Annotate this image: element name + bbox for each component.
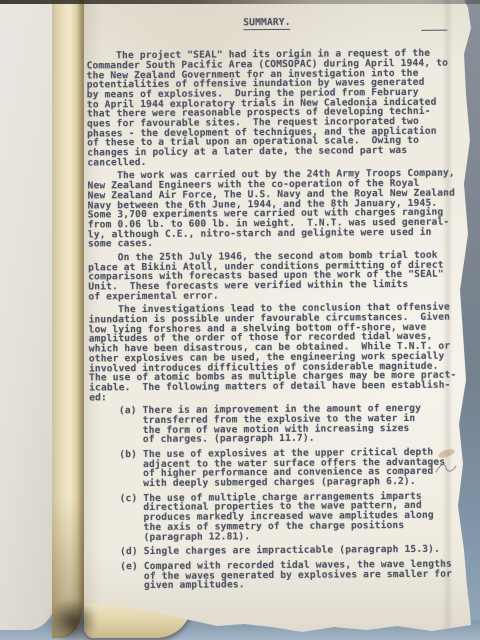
- document-title-text: SUMMARY.: [243, 18, 291, 30]
- pencil-annotation: [434, 460, 458, 476]
- paragraph: On the 25th July 1946, the second atom b…: [88, 250, 472, 301]
- typewritten-text: SUMMARY. The project "SEAL" had its orig…: [86, 0, 475, 596]
- corner-shadow: [40, 588, 100, 640]
- photo-top-edge: [0, 0, 480, 4]
- underlying-page: [0, 0, 58, 630]
- list-item-b: (b) The use of explosives at the upper c…: [90, 447, 474, 489]
- paragraph: The project "SEAL" had its origin in a r…: [86, 49, 471, 168]
- text-line: with deeply submerged charges (paragraph…: [90, 477, 474, 490]
- document-page: SUMMARY. The project "SEAL" had its orig…: [72, 0, 476, 640]
- title-double-underline: [421, 29, 447, 31]
- paragraph: The investigations lead to the conclusio…: [88, 303, 473, 403]
- text-line: of experimental error.: [88, 289, 472, 302]
- list-item-d: (d) Single charges are impracticable (pa…: [90, 545, 474, 558]
- document-title: SUMMARY.: [243, 16, 470, 32]
- text-line: (d) Single charges are impracticable (pa…: [90, 545, 474, 558]
- list-item-c: (c) The use of multiple charge arrangeme…: [90, 491, 474, 542]
- book-page-edges: [52, 0, 84, 638]
- list-item-a: (a) There is an improvement in the amoun…: [89, 404, 473, 446]
- text-line: of charges. (paragraph 11.7).: [89, 433, 473, 446]
- text-line: cancelled.: [87, 155, 471, 168]
- document-photo: SUMMARY. The project "SEAL" had its orig…: [0, 0, 480, 640]
- list-item-e: (e) Compared with recorded tidal waves, …: [90, 559, 474, 591]
- paragraph: The work was carried out by the 24th Arm…: [87, 169, 472, 250]
